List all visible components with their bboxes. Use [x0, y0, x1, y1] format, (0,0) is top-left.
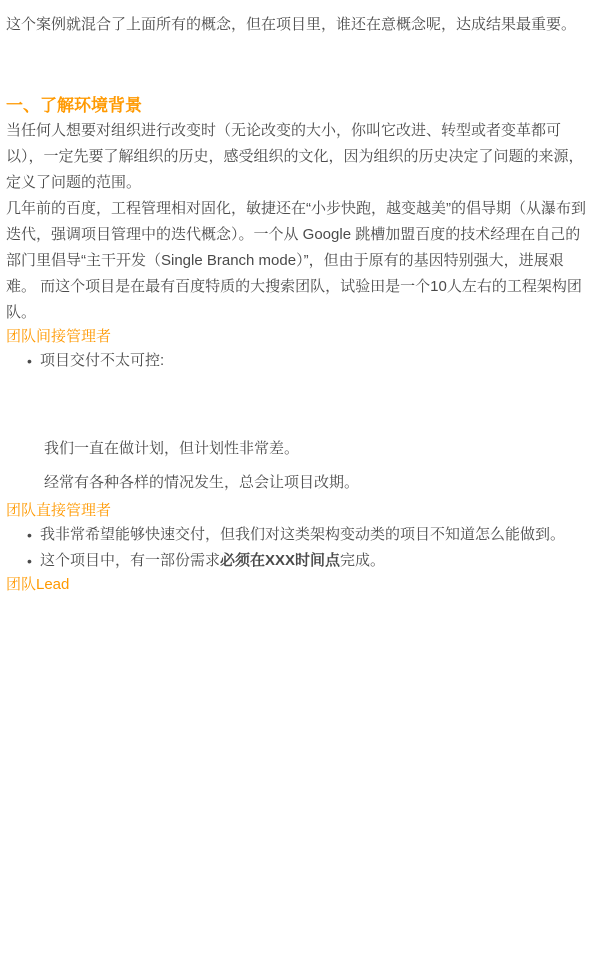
subheading-indirect-manager: 团队间接管理者 [6, 326, 591, 348]
subheading-team-lead: 团队Lead [6, 574, 591, 596]
intro-paragraph: 这个案例就混合了上面所有的概念，但在项目里，谁还在意概念呢，达成结果最重要。 [6, 12, 591, 38]
deadline-text-prefix: 这个项目中，有一部份需求 [40, 552, 220, 569]
deadline-text-suffix: 完成。 [340, 552, 385, 569]
article-page: 这个案例就混合了上面所有的概念，但在项目里，谁还在意概念呢，达成结果最重要。 一… [0, 0, 598, 960]
list-item-deadline: 这个项目中，有一部份需求必须在XXX时间点完成。 [6, 548, 591, 574]
paragraph-org-change: 当任何人想要对组织进行改变时（无论改变的大小，你叫它改进、转型或者变革都可以），… [6, 118, 591, 196]
direct-manager-list: 我非常希望能够快速交付，但我们对这类架构变动类的项目不知道怎么能做到。 这个项目… [6, 522, 591, 574]
subheading-direct-manager: 团队直接管理者 [6, 500, 591, 522]
list-item-fast-delivery: 我非常希望能够快速交付，但我们对这类架构变动类的项目不知道怎么能做到。 [6, 522, 591, 548]
list-item-delivery-uncontrollable: 项目交付不太可控: [6, 348, 591, 374]
paragraph-baidu-history: 几年前的百度，工程管理相对固化，敏捷还在“小步快跑，越变越美”的倡导期（从瀑布到… [6, 196, 591, 326]
deadline-text-bold: 必须在XXX时间点 [220, 552, 340, 569]
section-heading-environment-background: 一、了解环境背景 [6, 94, 591, 118]
indirect-manager-list: 项目交付不太可控: [6, 348, 591, 374]
quote-line-planning: 我们一直在做计划，但计划性非常差。 [6, 432, 591, 466]
quote-line-delays: 经常有各种各样的情况发生，总会让项目改期。 [6, 466, 591, 500]
quote-block: 我们一直在做计划，但计划性非常差。 经常有各种各样的情况发生，总会让项目改期。 [6, 432, 591, 500]
